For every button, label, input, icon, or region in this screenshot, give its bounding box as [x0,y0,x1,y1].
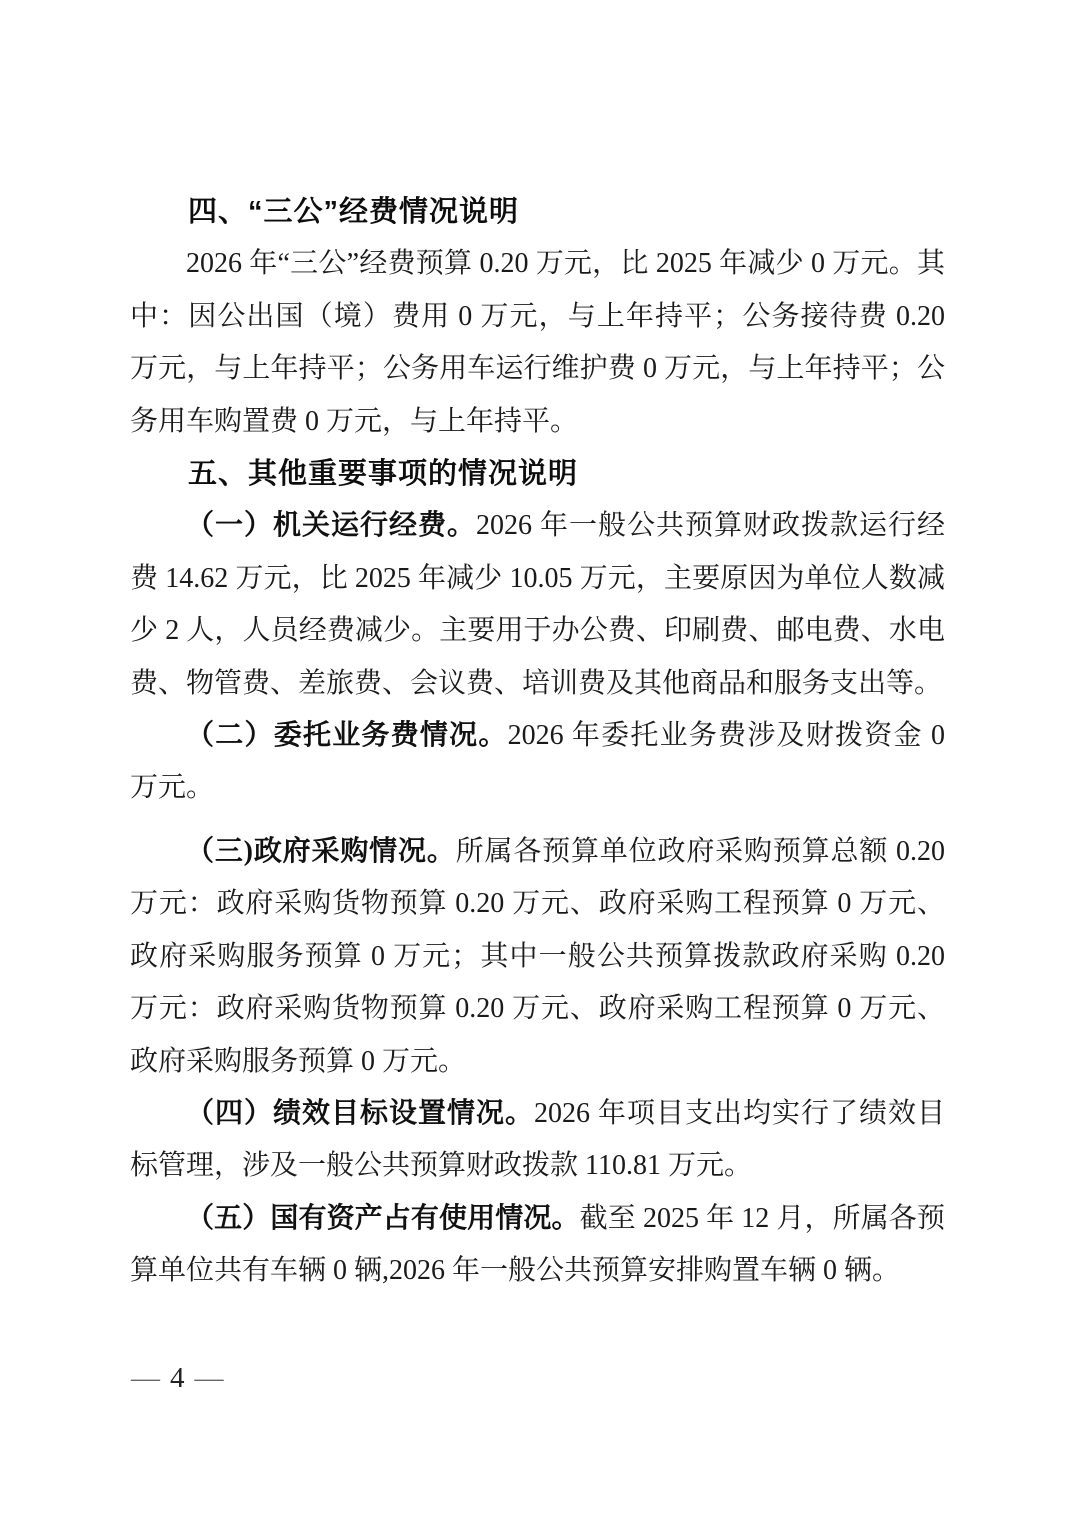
paragraph-lead: （一）机关运行经费。 [186,510,476,541]
paragraph-government-procurement: （三)政府采购情况。所属各预算单位政府采购预算总额 0.20 万元：政府采购货物… [130,826,945,1088]
page-footer: —4— [131,1362,224,1394]
paragraph-lead: （二）委托业务费情况。 [186,720,508,751]
section-heading-sangong: 四、“三公”经费情况说明 [130,186,945,238]
paragraph-entrusted-business-fee: （二）委托业务费情况。2026 年委托业务费涉及财拨资金 0 万元。 [130,710,945,815]
paragraph-lead: （五）国有资产占有使用情况。 [186,1203,580,1234]
document-body: 四、“三公”经费情况说明 2026 年“三公”经费预算 0.20 万元，比 20… [130,186,945,1298]
paragraph-body: 2026 年“三公”经费预算 0.20 万元，比 2025 年减少 0 万元。其… [130,248,945,436]
section-heading-other-matters: 五、其他重要事项的情况说明 [130,448,945,500]
paragraph-performance-targets: （四）绩效目标设置情况。2026 年项目支出均实行了绩效目标管理，涉及一般公共预… [130,1088,945,1193]
paragraph-body: 所属各预算单位政府采购预算总额 0.20 万元：政府采购货物预算 0.20 万元… [130,836,945,1077]
paragraph-operating-expense: （一）机关运行经费。2026 年一般公共预算财政拨款运行经费 14.62 万元，… [130,500,945,710]
paragraph-state-owned-assets: （五）国有资产占有使用情况。截至 2025 年 12 月，所属各预算单位共有车辆… [130,1193,945,1298]
paragraph-lead: （四）绩效目标设置情况。 [186,1098,534,1129]
footer-dash-left: — [131,1362,160,1394]
paragraph-sangong-summary: 2026 年“三公”经费预算 0.20 万元，比 2025 年减少 0 万元。其… [130,238,945,448]
document-page: 四、“三公”经费情况说明 2026 年“三公”经费预算 0.20 万元，比 20… [0,0,1074,1520]
footer-dash-right: — [195,1362,224,1394]
paragraph-lead: （三)政府采购情况。 [186,836,456,867]
page-number: 4 [170,1362,185,1394]
